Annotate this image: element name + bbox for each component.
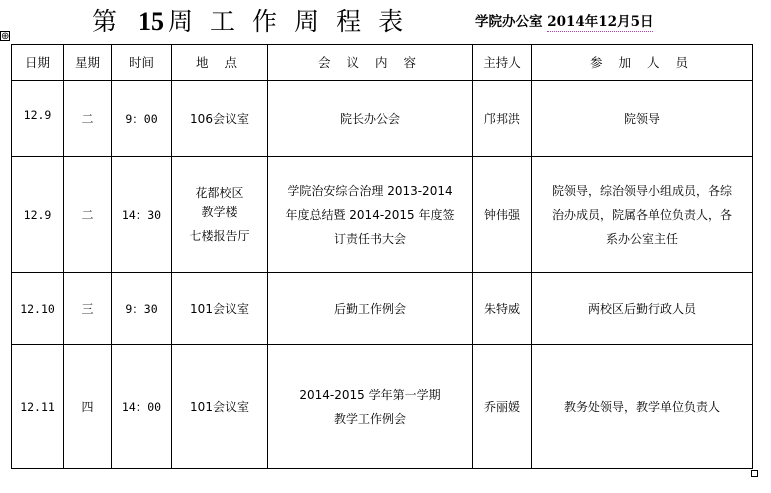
- cell-weekday: 二: [64, 81, 112, 157]
- title-week-number: 15: [138, 7, 164, 36]
- cell-content: 2014-2015 学年第一学期 教学工作例会: [268, 345, 473, 469]
- cell-host: 朱特威: [473, 273, 532, 345]
- location-line: 106会议室: [178, 107, 261, 131]
- cell-date: 12.10: [12, 273, 64, 345]
- title-word: 程: [336, 2, 361, 38]
- cell-attendees: 院领导: [532, 81, 753, 157]
- document-subtitle: 学院办公室 2014年12月5日: [475, 10, 653, 30]
- cell-time: 14：00: [112, 345, 172, 469]
- cell-attendees: 院领导，综治领导小组成员，各综 治办成员，院属各单位负责人，各 系办公室主任: [532, 157, 753, 273]
- header-content: 会 议 内 容: [268, 45, 473, 81]
- cell-content: 学院治安综合治理 2013-2014 年度总结暨 2014-2015 年度签 订…: [268, 157, 473, 273]
- content-line: 教学工作例会: [274, 407, 466, 431]
- schedule-table: 日期 星期 时间 地 点 会 议 内 容 主持人 参 加 人 员 12.9 二 …: [11, 44, 753, 469]
- attendees-line: 治办成员，院属各单位负责人，各: [536, 203, 748, 227]
- cell-time: 9：30: [112, 273, 172, 345]
- table-row: 12.10 三 9：30 101会议室 后勤工作例会 朱特威 两校区后勤行政人员: [12, 273, 753, 345]
- document-title: 第15周工作周程表: [92, 2, 420, 38]
- cell-weekday: 三: [64, 273, 112, 345]
- cell-host: 邝邦洪: [473, 81, 532, 157]
- cell-attendees: 两校区后勤行政人员: [532, 273, 753, 345]
- content-line: 订责任书大会: [272, 227, 468, 251]
- header-time: 时间: [112, 45, 172, 81]
- title-word: 工: [210, 2, 235, 38]
- attendees-line: 院领导，综治领导小组成员，各综: [536, 179, 748, 203]
- content-line: 学院治安综合治理 2013-2014: [272, 179, 468, 203]
- table-row: 12.9 二 9：00 106会议室 院长办公会 邝邦洪 院领导: [12, 81, 753, 157]
- table-move-handle-icon[interactable]: ⊕: [0, 31, 10, 41]
- table-row: 12.9 二 14：30 花都校区 教学楼 七楼报告厅 学院治安综合治理 201…: [12, 157, 753, 273]
- location-line: 七楼报告厅: [178, 227, 261, 246]
- cell-location: 101会议室: [172, 273, 268, 345]
- title-word: 周: [168, 2, 193, 38]
- content-line: 后勤工作例会: [274, 297, 466, 321]
- table-header-row: 日期 星期 时间 地 点 会 议 内 容 主持人 参 加 人 员: [12, 45, 753, 81]
- attendees-line: 两校区后勤行政人员: [538, 297, 746, 321]
- title-word: 表: [378, 2, 403, 38]
- attendees-line: 系办公室主任: [536, 227, 748, 251]
- title-prefix: 第: [92, 2, 117, 38]
- cell-host: 乔丽媛: [473, 345, 532, 469]
- content-line: 2014-2015 学年第一学期: [274, 383, 466, 407]
- header-location: 地 点: [172, 45, 268, 81]
- cell-host: 钟伟强: [473, 157, 532, 273]
- location-line: 101会议室: [178, 297, 261, 321]
- header-date: 日期: [12, 45, 64, 81]
- content-line: 年度总结暨 2014-2015 年度签: [272, 203, 468, 227]
- header-host: 主持人: [473, 45, 532, 81]
- table-resize-handle-icon[interactable]: [751, 470, 758, 477]
- cell-content: 院长办公会: [268, 81, 473, 157]
- content-line: 院长办公会: [274, 107, 466, 131]
- office-name: 学院办公室: [475, 14, 543, 30]
- cell-date: 12.11: [12, 345, 64, 469]
- cell-weekday: 四: [64, 345, 112, 469]
- location-line: 101会议室: [178, 395, 261, 419]
- cell-time: 9：00: [112, 81, 172, 157]
- issue-date: 2014年12月5日: [547, 14, 653, 32]
- header-attendees: 参 加 人 员: [532, 45, 753, 81]
- title-word: 作: [252, 2, 277, 38]
- cell-location: 花都校区 教学楼 七楼报告厅: [172, 157, 268, 273]
- cell-time: 14：30: [112, 157, 172, 273]
- table-row: 12.11 四 14：00 101会议室 2014-2015 学年第一学期 教学…: [12, 345, 753, 469]
- cell-date: 12.9: [12, 157, 64, 273]
- cell-location: 101会议室: [172, 345, 268, 469]
- title-word: 周: [294, 2, 319, 38]
- cell-content: 后勤工作例会: [268, 273, 473, 345]
- attendees-line: 教务处领导，教学单位负责人: [538, 395, 746, 419]
- cell-weekday: 二: [64, 157, 112, 273]
- header-weekday: 星期: [64, 45, 112, 81]
- cell-attendees: 教务处领导，教学单位负责人: [532, 345, 753, 469]
- cell-date: 12.9: [12, 81, 64, 157]
- cell-location: 106会议室: [172, 81, 268, 157]
- location-line: 教学楼: [178, 203, 261, 222]
- attendees-line: 院领导: [538, 107, 746, 131]
- location-line: 花都校区: [178, 184, 261, 203]
